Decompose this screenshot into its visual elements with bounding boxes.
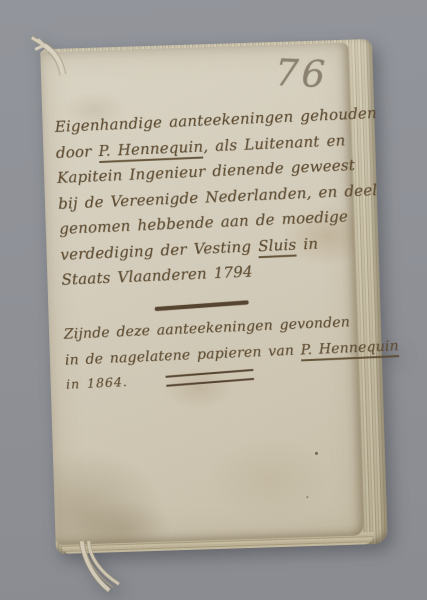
- manuscript-photo: 76 Eigenhandige aanteekeningen gehouden …: [0, 0, 427, 600]
- bottom-closure-tie: [72, 540, 136, 600]
- pencil-folio-number: 76: [274, 51, 329, 96]
- note-year: in 1864.: [66, 371, 129, 396]
- top-closure-tie: [28, 30, 75, 77]
- underlined-author-name-2: P. Hennequin: [300, 338, 399, 361]
- inscription-line-2-pre: door: [55, 142, 98, 162]
- book-cover: 76 Eigenhandige aanteekeningen gehouden …: [40, 43, 363, 545]
- notebook: 76 Eigenhandige aanteekeningen gehouden …: [40, 39, 388, 554]
- underlined-author-name: P. Hennequin: [98, 137, 204, 163]
- underlined-place-name: Sluis: [258, 235, 297, 258]
- ink-speck: [315, 452, 318, 455]
- inscription-line-2-post: , als Luitenant en: [203, 131, 346, 155]
- inscription-line-6-pre: verdediging der Vesting: [60, 237, 259, 264]
- double-ink-divider: [165, 369, 254, 387]
- inscription-line-6-post: in: [296, 234, 319, 253]
- handwritten-inscription: Eigenhandige aanteekeningen gehouden doo…: [54, 103, 348, 396]
- ink-speck: [306, 496, 308, 498]
- ink-divider: [155, 300, 249, 310]
